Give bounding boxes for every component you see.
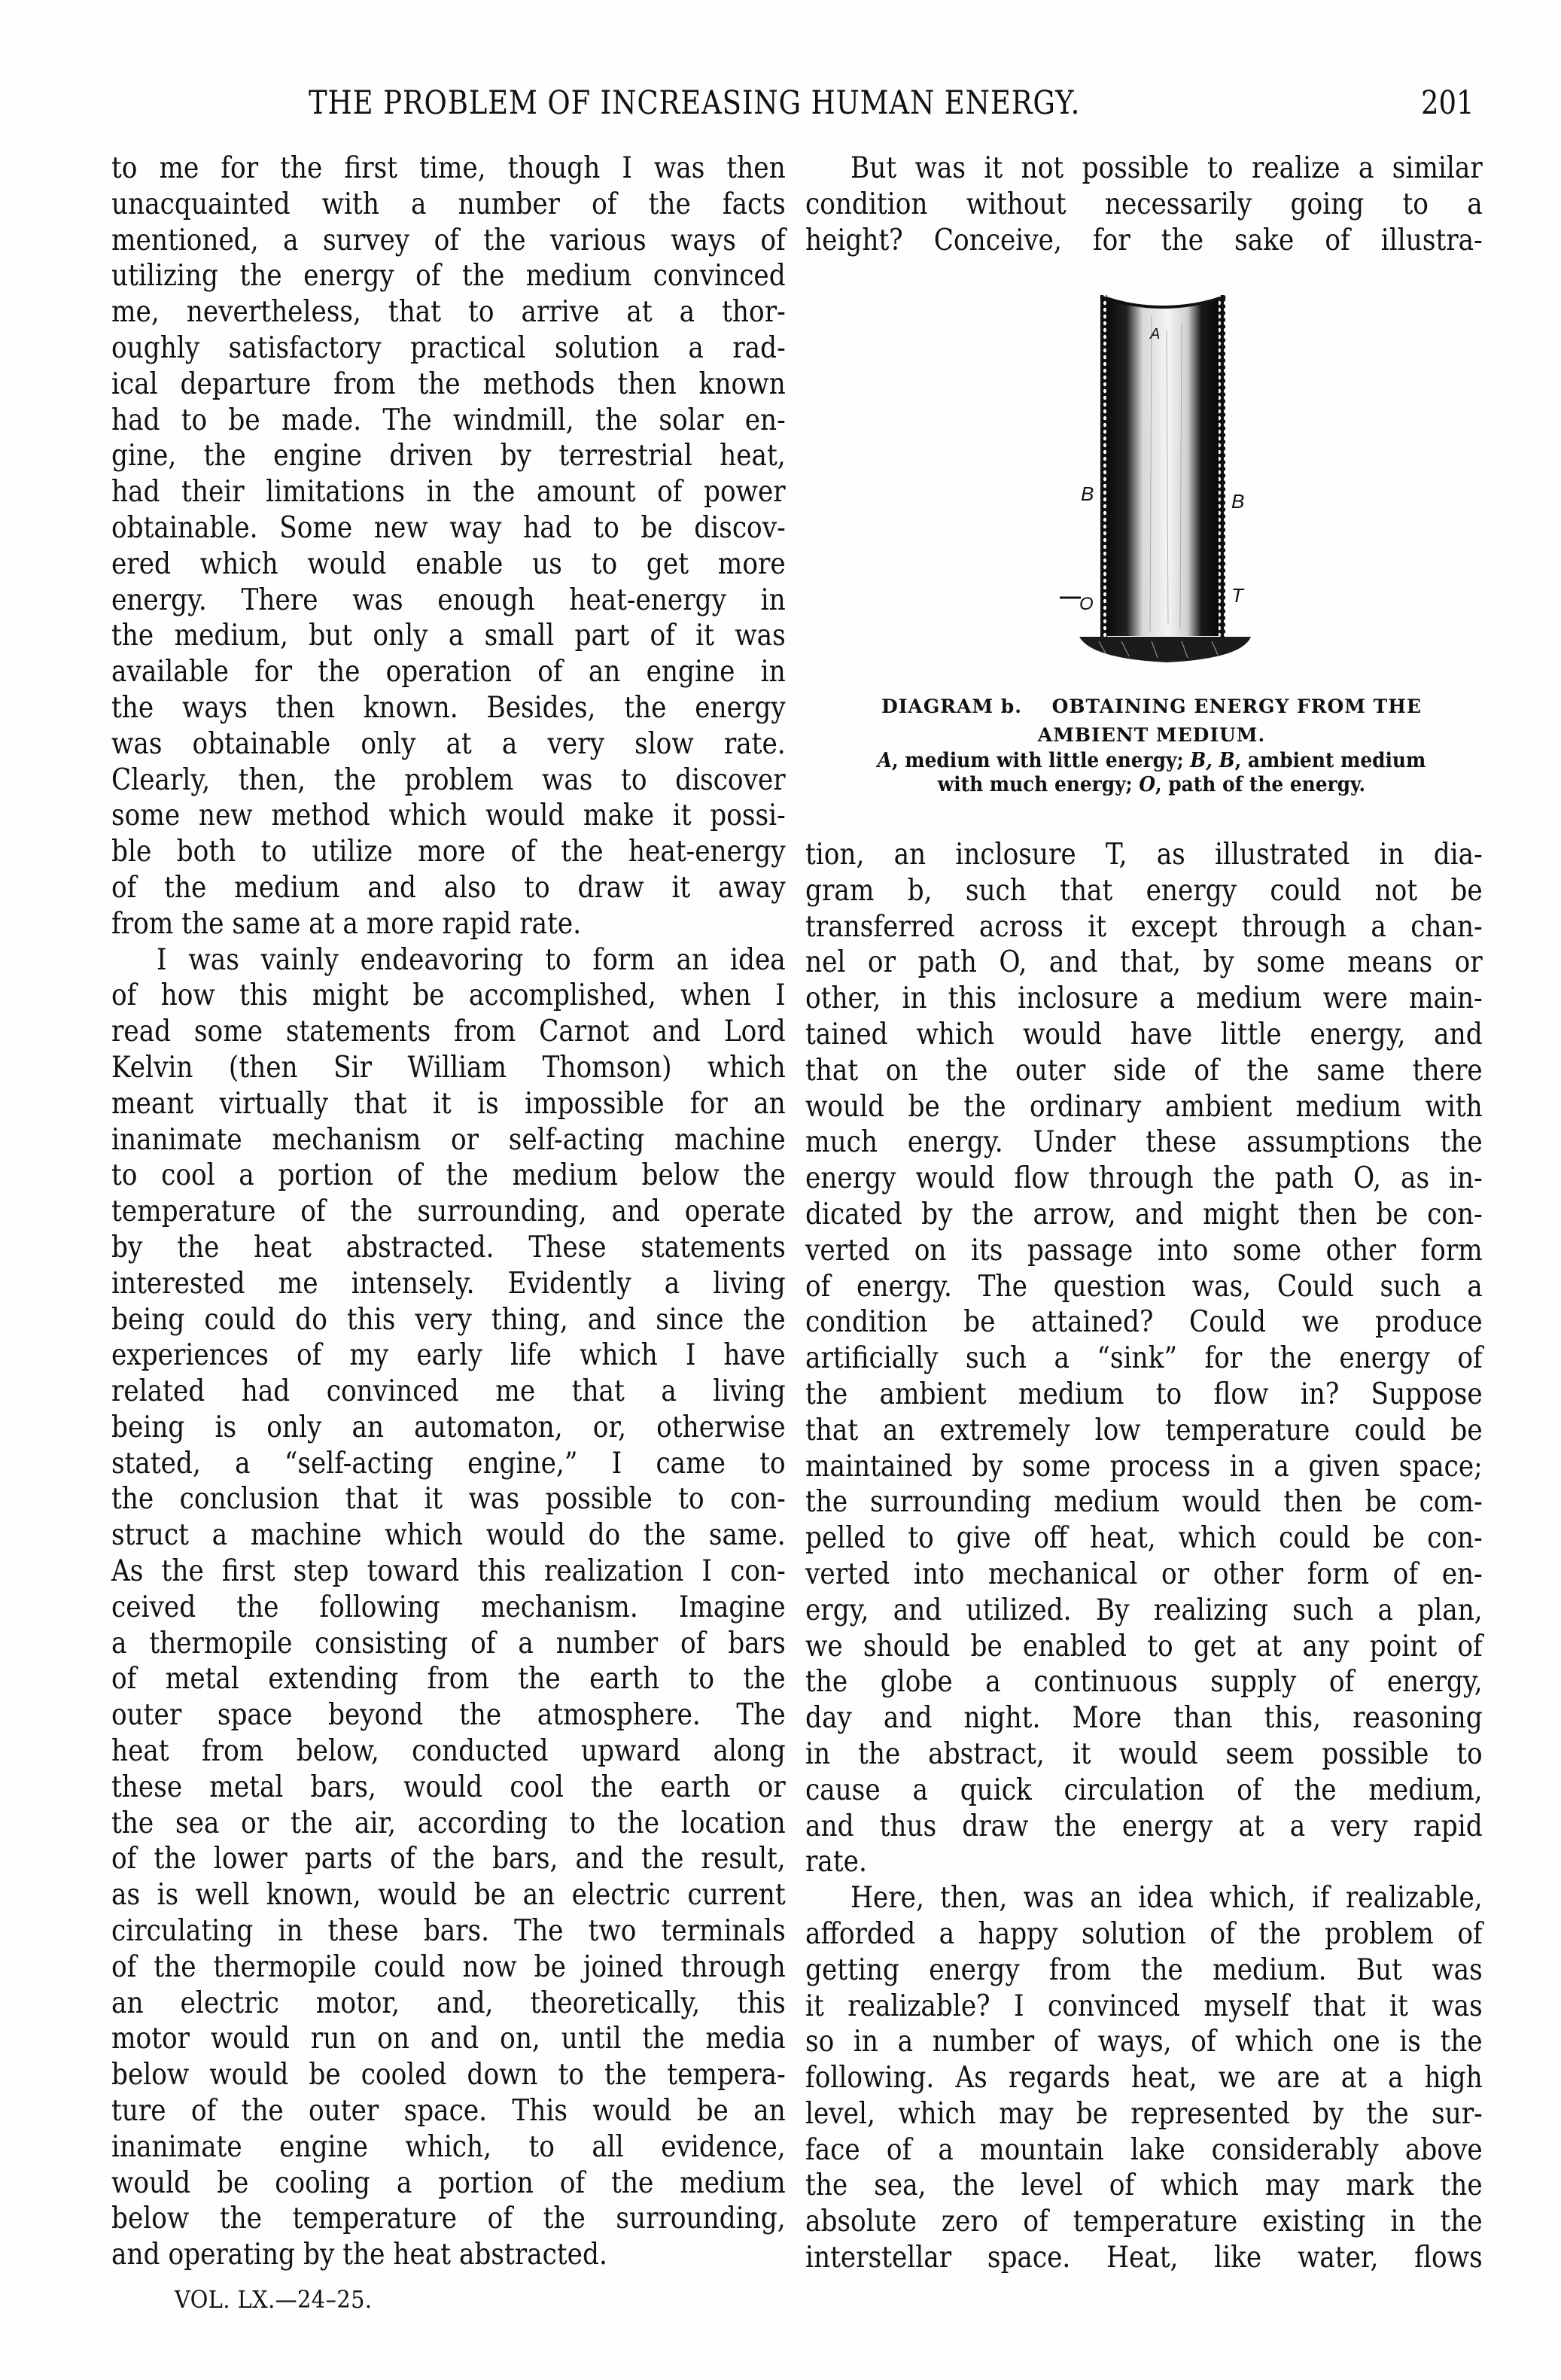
text-line: struct a machine which would do the same…	[111, 1517, 786, 1554]
text-line: ergy, and utilized. By realizing such a …	[805, 1593, 1483, 1629]
enclosure-diagram-illustration: A B B T O	[1054, 286, 1302, 677]
text-line: meant virtually that it is impossible fo…	[111, 1086, 786, 1122]
text-line: experiences of my early life which I hav…	[111, 1338, 786, 1374]
text-line: gine, the engine driven by terrestrial h…	[111, 438, 786, 474]
text-line: of the thermopile could now be joined th…	[111, 1949, 786, 1986]
text-line: outer space beyond the atmosphere. The	[111, 1697, 786, 1733]
left-column: to me for the first time, though I was t…	[111, 151, 786, 2273]
text-line: As the first step toward this realizatio…	[111, 1554, 786, 1590]
journal-page: THE PROBLEM OF INCREASING HUMAN ENERGY. …	[0, 0, 1561, 2380]
text-line: and thus draw the energy at a very rapid	[805, 1809, 1483, 1845]
text-line: tained which would have little energy, a…	[805, 1017, 1483, 1053]
text-line: had to be made. The windmill, the solar …	[111, 403, 786, 439]
text-line: would be the ordinary ambient medium wit…	[805, 1089, 1483, 1125]
text-line: getting energy from the medium. But was	[805, 1952, 1483, 1989]
text-line: it realizable? I convinced myself that i…	[805, 1989, 1483, 2025]
text-line: verted on its passage into some other fo…	[805, 1233, 1483, 1269]
text-line: nel or path O, and that, by some means o…	[805, 945, 1483, 981]
right-column-top: But was it not possible to realize a sim…	[805, 151, 1483, 258]
text-line: unacquainted with a number of the facts	[111, 187, 786, 223]
text-line: energy would flow through the path O, as…	[805, 1161, 1483, 1197]
caption-title-line-2: AMBIENT MEDIUM.	[813, 721, 1490, 750]
text-line: afforded a happy solution of the problem…	[805, 1916, 1483, 1952]
text-line: from the same at a more rapid rate.	[111, 906, 786, 942]
text-line: Kelvin (then Sir William Thomson) which	[111, 1050, 786, 1086]
text-line: pelled to give off heat, which could be …	[805, 1520, 1483, 1557]
text-line: these metal bars, would cool the earth o…	[111, 1770, 786, 1806]
legend-text-b: , ambient medium	[1235, 749, 1426, 772]
text-line: maintained by some process in a given sp…	[805, 1449, 1483, 1485]
text-line: inanimate engine which, to all evidence,	[111, 2129, 786, 2165]
text-line: rate.	[805, 1844, 1483, 1880]
label-b-left: B	[1081, 482, 1094, 505]
text-line: face of a mountain lake considerably abo…	[805, 2132, 1483, 2168]
legend-key-a: A	[878, 749, 892, 772]
text-line: condition be attained? Could we produce	[805, 1304, 1483, 1341]
text-line: the sea or the air, according to the loc…	[111, 1806, 786, 1842]
legend-key-o: O	[1139, 773, 1155, 796]
text-line: below the temperature of the surrounding…	[111, 2201, 786, 2237]
legend-line-2: with much energy;	[938, 773, 1133, 796]
text-line: the ambient medium to flow in? Suppose	[805, 1377, 1483, 1413]
text-line: of metal extending from the earth to the	[111, 1661, 786, 1697]
label-o: O	[1079, 594, 1094, 614]
text-line: I was vainly endeavoring to form an idea	[111, 942, 786, 978]
text-line: interested me intensely. Evidently a liv…	[111, 1266, 786, 1302]
text-line: the globe a continuous supply of energy,	[805, 1664, 1483, 1700]
text-line: the conclusion that it was possible to c…	[111, 1481, 786, 1517]
text-line: Here, then, was an idea which, if realiz…	[805, 1880, 1483, 1916]
text-line: had their limitations in the amount of p…	[111, 474, 786, 510]
text-line: ered which would enable us to get more	[111, 546, 786, 583]
label-b-right: B	[1231, 490, 1244, 513]
label-a: A	[1149, 326, 1160, 342]
text-line: condition without necessarily going to a	[805, 187, 1483, 223]
text-line: level, which may be represented by the s…	[805, 2096, 1483, 2132]
text-line: transferred across it except through a c…	[805, 909, 1483, 945]
text-line: so in a number of ways, of which one is …	[805, 2024, 1483, 2060]
text-line: some new method which would make it poss…	[111, 798, 786, 834]
legend-text-o: , path of the energy.	[1155, 773, 1365, 796]
signature-mark: VOL. LX.—24–25.	[175, 2285, 373, 2314]
text-line: being is only an automaton, or, otherwis…	[111, 1410, 786, 1446]
text-line: temperature of the surrounding, and oper…	[111, 1194, 786, 1230]
text-line: below would be cooled down to the temper…	[111, 2057, 786, 2093]
text-line: an electric motor, and, theoretically, t…	[111, 1986, 786, 2022]
text-line: But was it not possible to realize a sim…	[805, 151, 1483, 187]
text-line: that an extremely low temperature could …	[805, 1413, 1483, 1449]
text-line: obtainable. Some new way had to be disco…	[111, 510, 786, 546]
right-column-bottom: tion, an inclosure T, as illustrated in …	[805, 837, 1483, 2276]
text-line: inanimate mechanism or self-acting machi…	[111, 1122, 786, 1158]
text-line: gram b, such that energy could not be	[805, 873, 1483, 909]
text-line: the surrounding medium would then be com…	[805, 1484, 1483, 1520]
text-line: ceived the following mechanism. Imagine	[111, 1590, 786, 1626]
diagram-b-figure: A B B T O DIAGRAM b. OBTAINING ENERGY FR…	[813, 286, 1490, 813]
text-line: the medium, but only a small part of it …	[111, 618, 786, 654]
text-line: much energy. Under these assumptions the	[805, 1125, 1483, 1161]
text-line: to cool a portion of the medium below th…	[111, 1158, 786, 1194]
text-line: in the abstract, it would seem possible …	[805, 1736, 1483, 1773]
text-line: by the heat abstracted. These statements	[111, 1230, 786, 1266]
text-line: mentioned, a survey of the various ways …	[111, 223, 786, 259]
text-line: to me for the first time, though I was t…	[111, 151, 786, 187]
text-line: was obtainable only at a very slow rate.	[111, 726, 786, 762]
text-line: interstellar space. Heat, like water, fl…	[805, 2240, 1483, 2276]
text-line: read some statements from Carnot and Lor…	[111, 1014, 786, 1050]
page-number: 201	[1421, 84, 1474, 122]
text-line: day and night. More than this, reasoning	[805, 1700, 1483, 1736]
caption-title-line-1: OBTAINING ENERGY FROM THE	[1052, 695, 1422, 717]
text-line: we should be enabled to get at any point…	[805, 1629, 1483, 1665]
text-line: and operating by the heat abstracted.	[111, 2237, 786, 2273]
text-line: the ways then known. Besides, the energy	[111, 690, 786, 726]
figure-caption-title: DIAGRAM b. OBTAINING ENERGY FROM THE AMB…	[813, 692, 1490, 750]
text-line: other, in this inclosure a medium were m…	[805, 981, 1483, 1017]
text-line: dicated by the arrow, and might then be …	[805, 1197, 1483, 1233]
running-title: THE PROBLEM OF INCREASING HUMAN ENERGY.	[309, 84, 1080, 122]
text-line: of how this might be accomplished, when …	[111, 978, 786, 1014]
text-line: circulating in these bars. The two termi…	[111, 1913, 786, 1949]
text-line: cause a quick circulation of the medium,	[805, 1773, 1483, 1809]
text-line: tion, an inclosure T, as illustrated in …	[805, 837, 1483, 873]
text-line: stated, a “self-acting engine,” I came t…	[111, 1446, 786, 1482]
text-line: artificially such a “sink” for the energ…	[805, 1341, 1483, 1377]
text-line: being could do this very thing, and sinc…	[111, 1302, 786, 1338]
text-line: available for the operation of an engine…	[111, 654, 786, 690]
text-line: as is well known, would be an electric c…	[111, 1877, 786, 1913]
text-line: a thermopile consisting of a number of b…	[111, 1626, 786, 1662]
text-line: would be cooling a portion of the medium	[111, 2165, 786, 2202]
text-line: ical departure from the methods then kno…	[111, 367, 786, 403]
legend-key-b: B, B	[1190, 749, 1234, 772]
text-line: motor would run on and on, until the med…	[111, 2021, 786, 2057]
text-line: the sea, the level of which may mark the	[805, 2168, 1483, 2204]
text-line: related had convinced me that a living	[111, 1374, 786, 1410]
text-line: Clearly, then, the problem was to discov…	[111, 762, 786, 799]
text-line: of the lower parts of the bars, and the …	[111, 1841, 786, 1877]
text-line: ture of the outer space. This would be a…	[111, 2093, 786, 2129]
legend-text-a: , medium with little energy;	[892, 749, 1184, 772]
text-line: that on the outer side of the same there	[805, 1053, 1483, 1089]
text-line: oughly satisfactory practical solution a…	[111, 330, 786, 367]
caption-label: DIAGRAM b.	[881, 695, 1022, 717]
text-line: ble both to utilize more of the heat-ene…	[111, 834, 786, 870]
text-line: utilizing the energy of the medium convi…	[111, 258, 786, 294]
text-line: me, nevertheless, that to arrive at a th…	[111, 294, 786, 330]
text-line: energy. There was enough heat-energy in	[111, 583, 786, 619]
text-line: verted into mechanical or other form of …	[805, 1557, 1483, 1593]
text-line: of energy. The question was, Could such …	[805, 1269, 1483, 1305]
figure-legend: A, medium with little energy; B, B, ambi…	[840, 749, 1463, 797]
text-line: heat from below, conducted upward along	[111, 1733, 786, 1770]
label-t: T	[1231, 584, 1245, 607]
text-line: of the medium and also to draw it away	[111, 870, 786, 906]
text-line: following. As regards heat, we are at a …	[805, 2060, 1483, 2096]
text-line: height? Conceive, for the sake of illust…	[805, 223, 1483, 259]
text-line: absolute zero of temperature existing in…	[805, 2204, 1483, 2240]
